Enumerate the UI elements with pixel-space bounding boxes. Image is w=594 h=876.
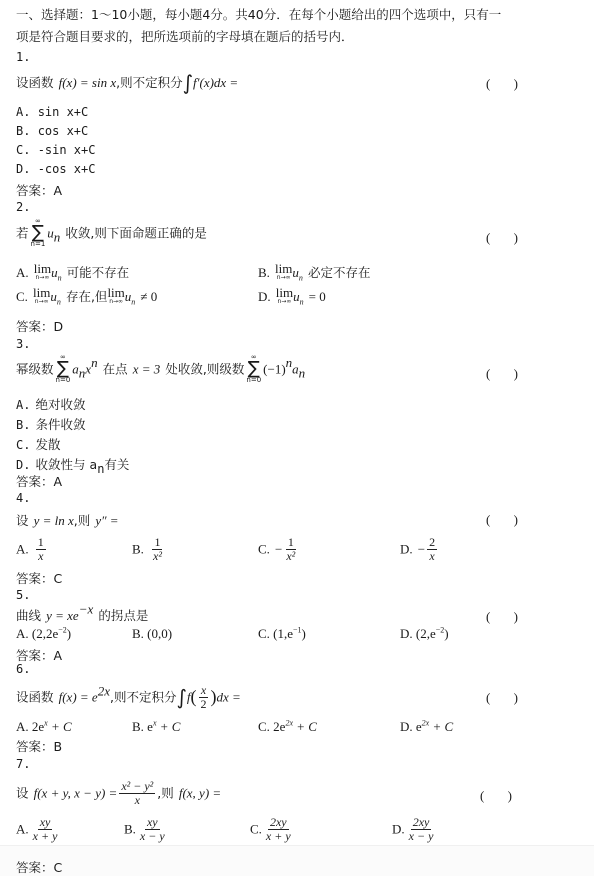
- question-2-answer-blank: ( ): [486, 230, 518, 246]
- question-2-number: 2.: [16, 200, 30, 214]
- question-6-option-c: C. 2e2x + C: [258, 719, 317, 735]
- question-3-option-a: A. 绝对收敛: [16, 394, 86, 413]
- question-2-option-a: A. limn→∞un 可能不存在: [16, 262, 129, 281]
- question-7-option-a: A.xyx + y: [16, 816, 61, 842]
- question-1-option-b: B. cos x+C: [16, 124, 88, 138]
- question-4-answer-blank: ( ): [486, 512, 518, 528]
- section-intro-line-2: 项是符合题目要求的，把所选项前的字母填在题后的括号内．: [16, 26, 354, 48]
- question-6-answer: 答案：B: [16, 737, 62, 755]
- question-2-answer: 答案：D: [16, 317, 63, 335]
- question-7-option-b: B.xyx − y: [124, 816, 169, 842]
- question-1-answer: 答案：A: [16, 181, 62, 199]
- question-4-option-a: A. 1x: [16, 536, 48, 562]
- question-4-number: 4.: [16, 491, 30, 505]
- question-3-option-d: D. 收敛性与 an有关: [16, 454, 129, 473]
- question-7-answer-blank: ( ): [480, 788, 512, 804]
- question-6-number: 6.: [16, 662, 30, 676]
- question-4-option-c: C. −1x²: [258, 536, 299, 562]
- question-1-number: 1.: [16, 50, 30, 64]
- question-6-option-d: D. e2x + C: [400, 719, 453, 735]
- question-6-stem: 设函数 f(x) = e2x,则不定积分∫f(x2)dx =: [16, 684, 241, 710]
- integral-sign-icon: ∫: [183, 71, 193, 95]
- question-1-option-c: C. -sin x+C: [16, 143, 95, 157]
- integral-sign-icon: ∫: [176, 685, 186, 709]
- question-6-answer-blank: ( ): [486, 690, 518, 706]
- question-7-option-d: D.2xyx − y: [392, 816, 437, 842]
- question-4-option-b: B. 1x²: [132, 536, 166, 562]
- question-7-stem: 设 f(x + y, x − y) =x² − y²x,则 f(x, y) =: [16, 780, 221, 806]
- summation-icon: ∞∑n=0: [56, 354, 71, 384]
- question-5-option-b: B. (0,0): [132, 626, 172, 642]
- question-7-answer: 答案：C: [16, 858, 62, 876]
- question-3-answer-blank: ( ): [486, 366, 518, 382]
- question-7-number: 7.: [16, 757, 30, 771]
- question-1-answer-blank: ( ): [486, 76, 518, 92]
- question-5-stem: 曲线 y = xe−x 的拐点是: [16, 605, 148, 624]
- question-7-option-c: C.2xyx + y: [250, 816, 295, 842]
- question-1-stem: 设函数 f(x) = sin x,则不定积分∫f′(x)dx =: [16, 72, 238, 93]
- question-3-option-c: C. 发散: [16, 434, 61, 453]
- question-3-number: 3.: [16, 337, 30, 351]
- summation-icon: ∞∑n=1: [31, 218, 46, 248]
- question-2-stem: 若∞∑n=1un 收敛,则下面命题正确的是: [16, 218, 207, 248]
- question-1-integrand: f′(x)dx =: [193, 75, 238, 90]
- question-5-answer-blank: ( ): [486, 609, 518, 625]
- question-4-answer: 答案：C: [16, 569, 62, 587]
- question-3-stem: 幂级数∞∑n=0anxn 在点 x = 3 处收敛,则级数∞∑n=0(−1)na…: [16, 354, 305, 384]
- question-1-stem-prefix: 设函数: [16, 75, 54, 90]
- question-2-option-c: C. limn→∞un 存在,但limn→∞un ≠ 0: [16, 286, 157, 305]
- answer-band: [0, 845, 594, 876]
- question-3-answer: 答案：A: [16, 472, 62, 490]
- section-intro-line-1: 一、选择题：1～10小题，每小题4分。共40分．在每个小题给出的四个选项中，只有…: [16, 4, 501, 26]
- question-2-option-b: B. limn→∞un 必定不存在: [258, 262, 370, 281]
- summation-icon: ∞∑n=0: [246, 354, 261, 384]
- question-4-option-d: D. −2x: [400, 536, 439, 562]
- question-5-option-a: A. (2,2e−2): [16, 626, 71, 642]
- question-5-option-c: C. (1,e−1): [258, 626, 306, 642]
- question-1-option-d: D. -cos x+C: [16, 162, 95, 176]
- question-6-option-b: B. ex + C: [132, 719, 180, 735]
- question-2-option-d: D. limn→∞un = 0: [258, 286, 326, 305]
- question-1-option-a: A. sin x+C: [16, 105, 88, 119]
- question-1-stem-mid: ,则不定积分: [116, 75, 182, 90]
- question-5-option-d: D. (2,e−2): [400, 626, 449, 642]
- question-3-option-b: B. 条件收敛: [16, 414, 86, 433]
- question-5-number: 5.: [16, 588, 30, 602]
- question-6-option-a: A. 2ex + C: [16, 719, 72, 735]
- question-4-stem: 设 y = ln x,则 y″ =: [16, 510, 119, 529]
- question-1-function: f(x) = sin x: [59, 75, 117, 90]
